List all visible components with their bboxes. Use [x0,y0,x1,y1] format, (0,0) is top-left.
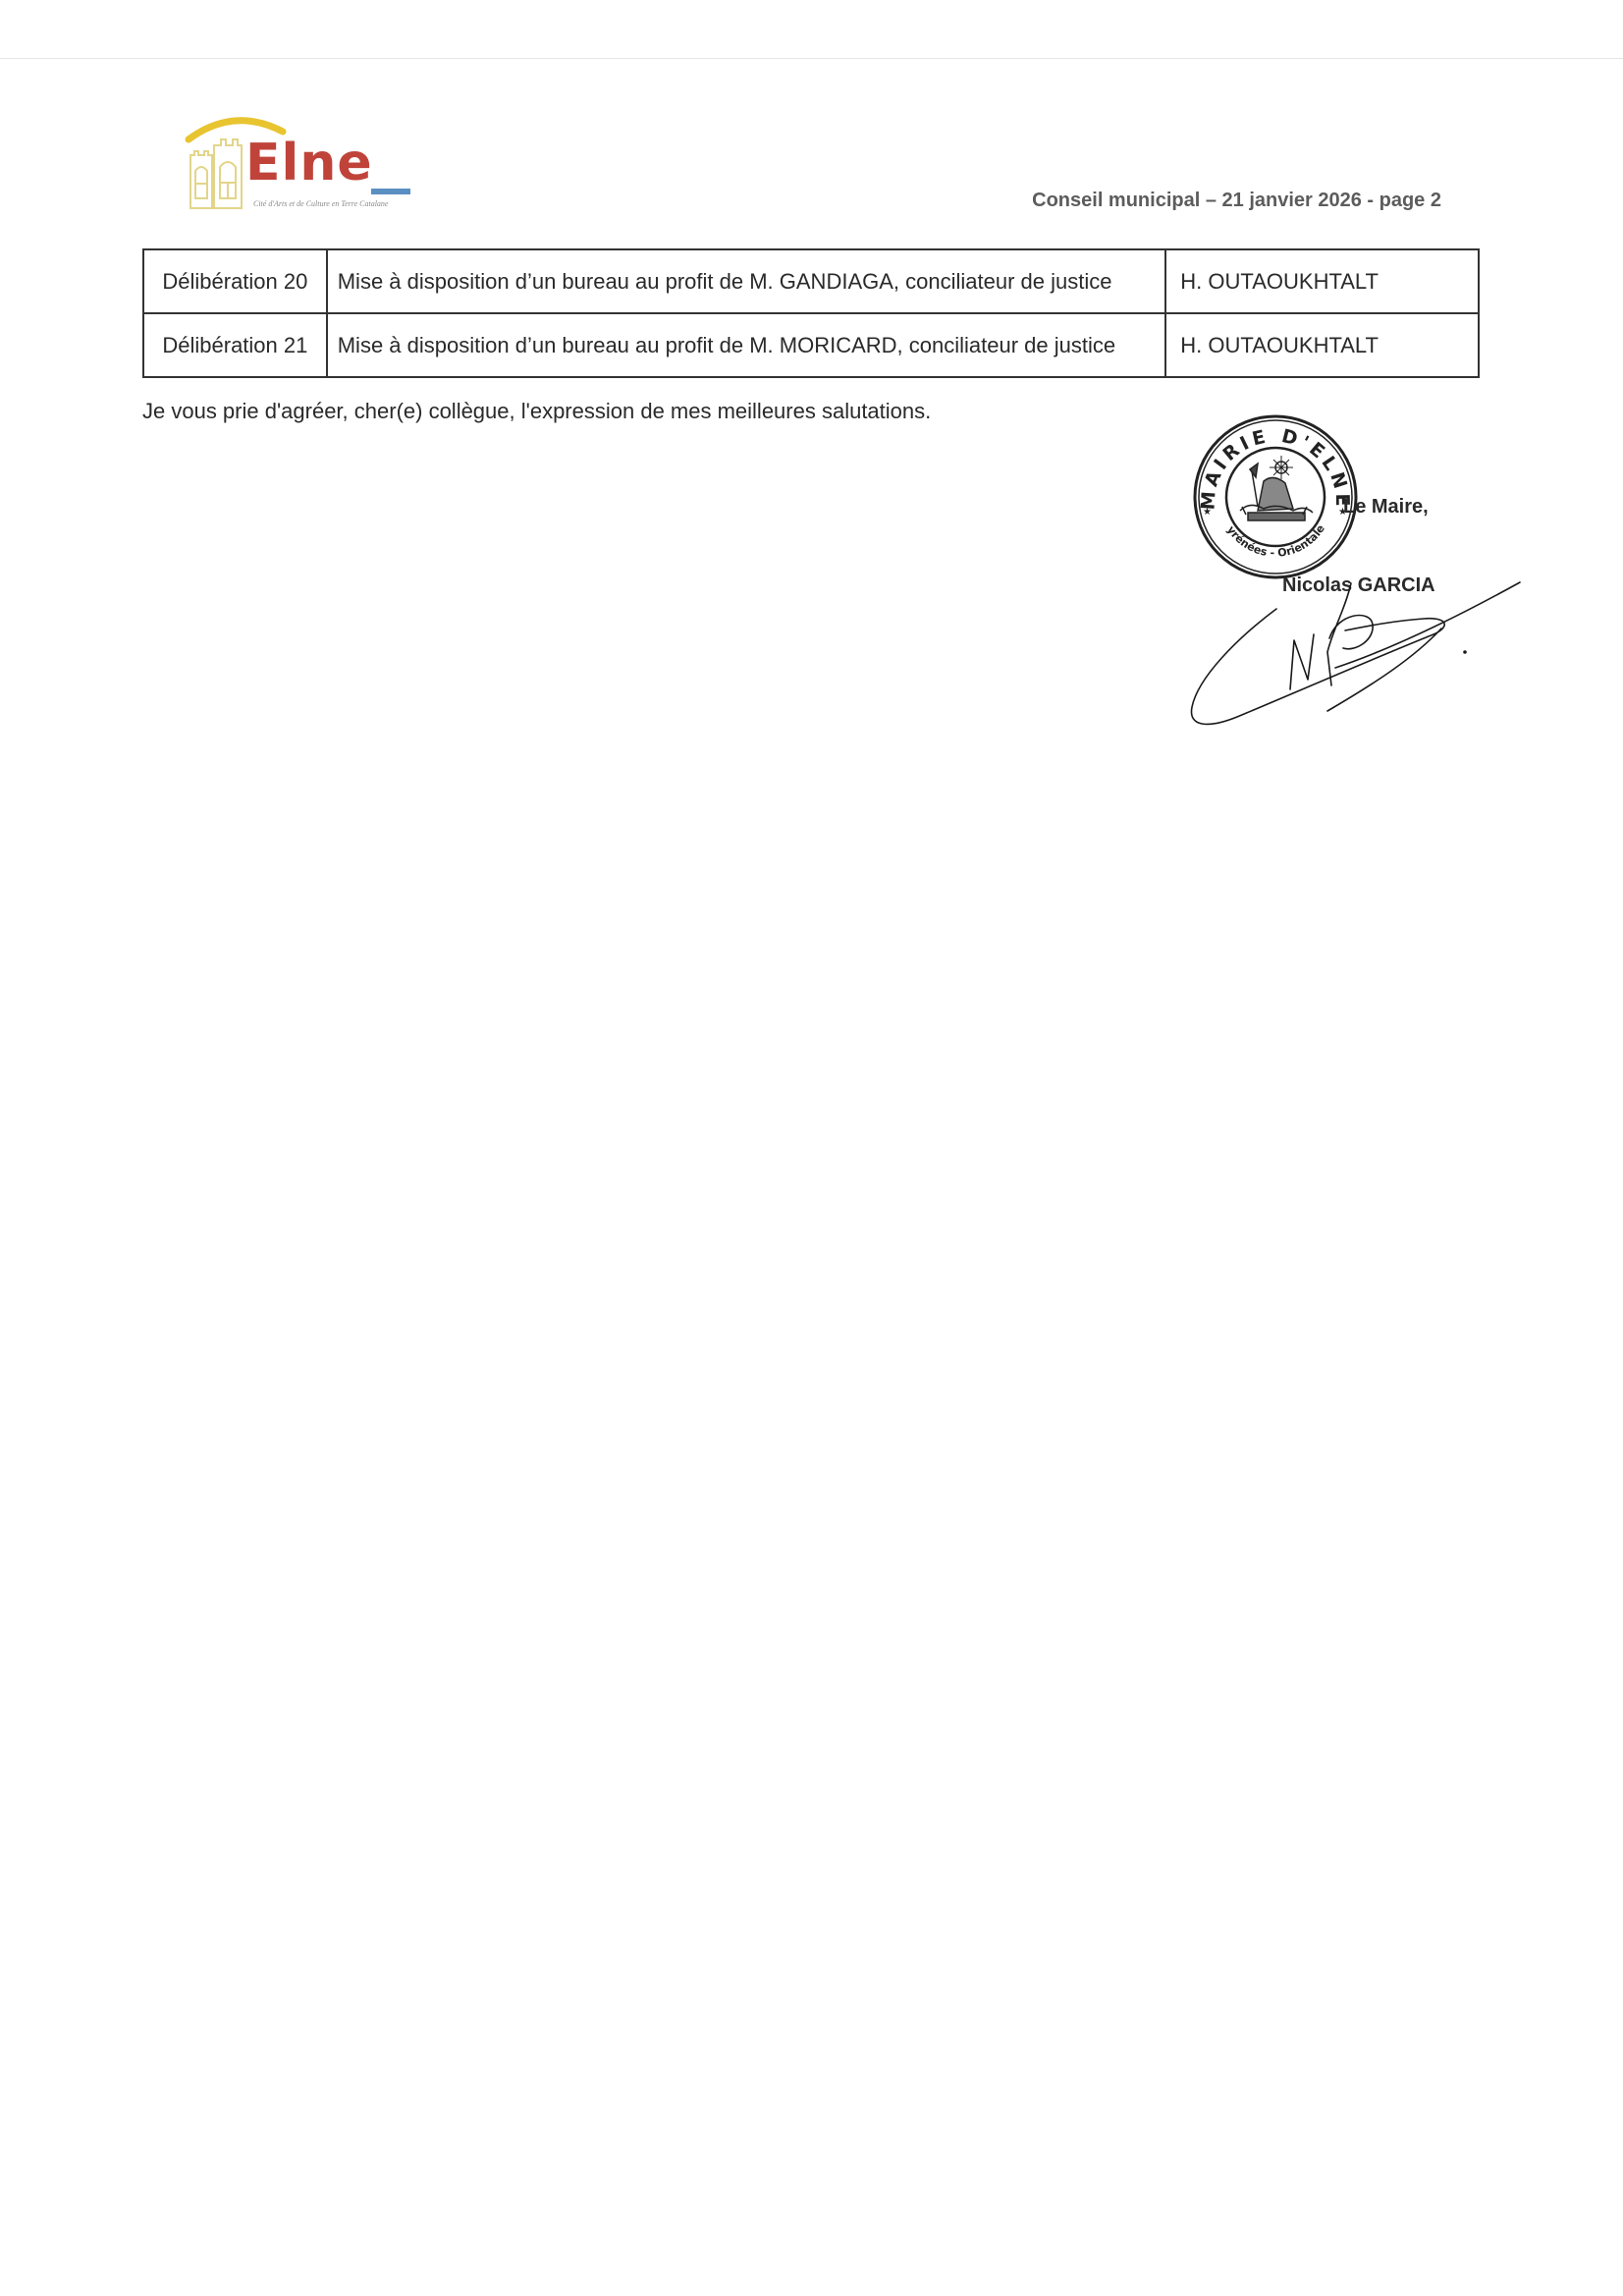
closing-sentence: Je vous prie d'agréer, cher(e) collègue,… [142,399,931,424]
signatory-title: Le Maire, [1343,496,1429,519]
stamp-seal-icon: MAIRIE D'ELNE Pyrénées - Orientales ★ ★ [1191,412,1360,581]
agenda-table: Délibération 20 Mise à disposition d’un … [142,248,1480,378]
rapporteur: H. OUTAOUKHTALT [1165,313,1479,377]
mairie-stamp: MAIRIE D'ELNE Pyrénées - Orientales ★ ★ [1191,412,1360,586]
deliberation-number: Délibération 21 [143,313,327,377]
handwritten-signature [1178,570,1551,741]
subject-text: Mise à disposition d’un bureau au profit… [338,266,1133,298]
rapporteur: H. OUTAOUKHTALT [1165,249,1479,313]
elne-logo: Elne Cité d'Arts et de Culture en Terre … [185,110,430,213]
subject-text: Mise à disposition d’un bureau au profit… [338,330,1133,361]
deliberation-subject: Mise à disposition d’un bureau au profit… [327,249,1166,313]
deliberation-subject: Mise à disposition d’un bureau au profit… [327,313,1166,377]
logo-tagline: Cité d'Arts et de Culture en Terre Catal… [253,199,388,208]
logo-wordmark: Elne [245,137,373,189]
scan-edge-line [0,58,1623,59]
deliberation-number: Délibération 20 [143,249,327,313]
table-row: Délibération 21 Mise à disposition d’un … [143,313,1479,377]
table-row: Délibération 20 Mise à disposition d’un … [143,249,1479,313]
page-header: Conseil municipal – 21 janvier 2026 - pa… [1032,190,1441,212]
logo-blue-bar [371,189,410,194]
svg-text:★: ★ [1203,507,1212,518]
signature-scribble-icon [1178,570,1551,737]
